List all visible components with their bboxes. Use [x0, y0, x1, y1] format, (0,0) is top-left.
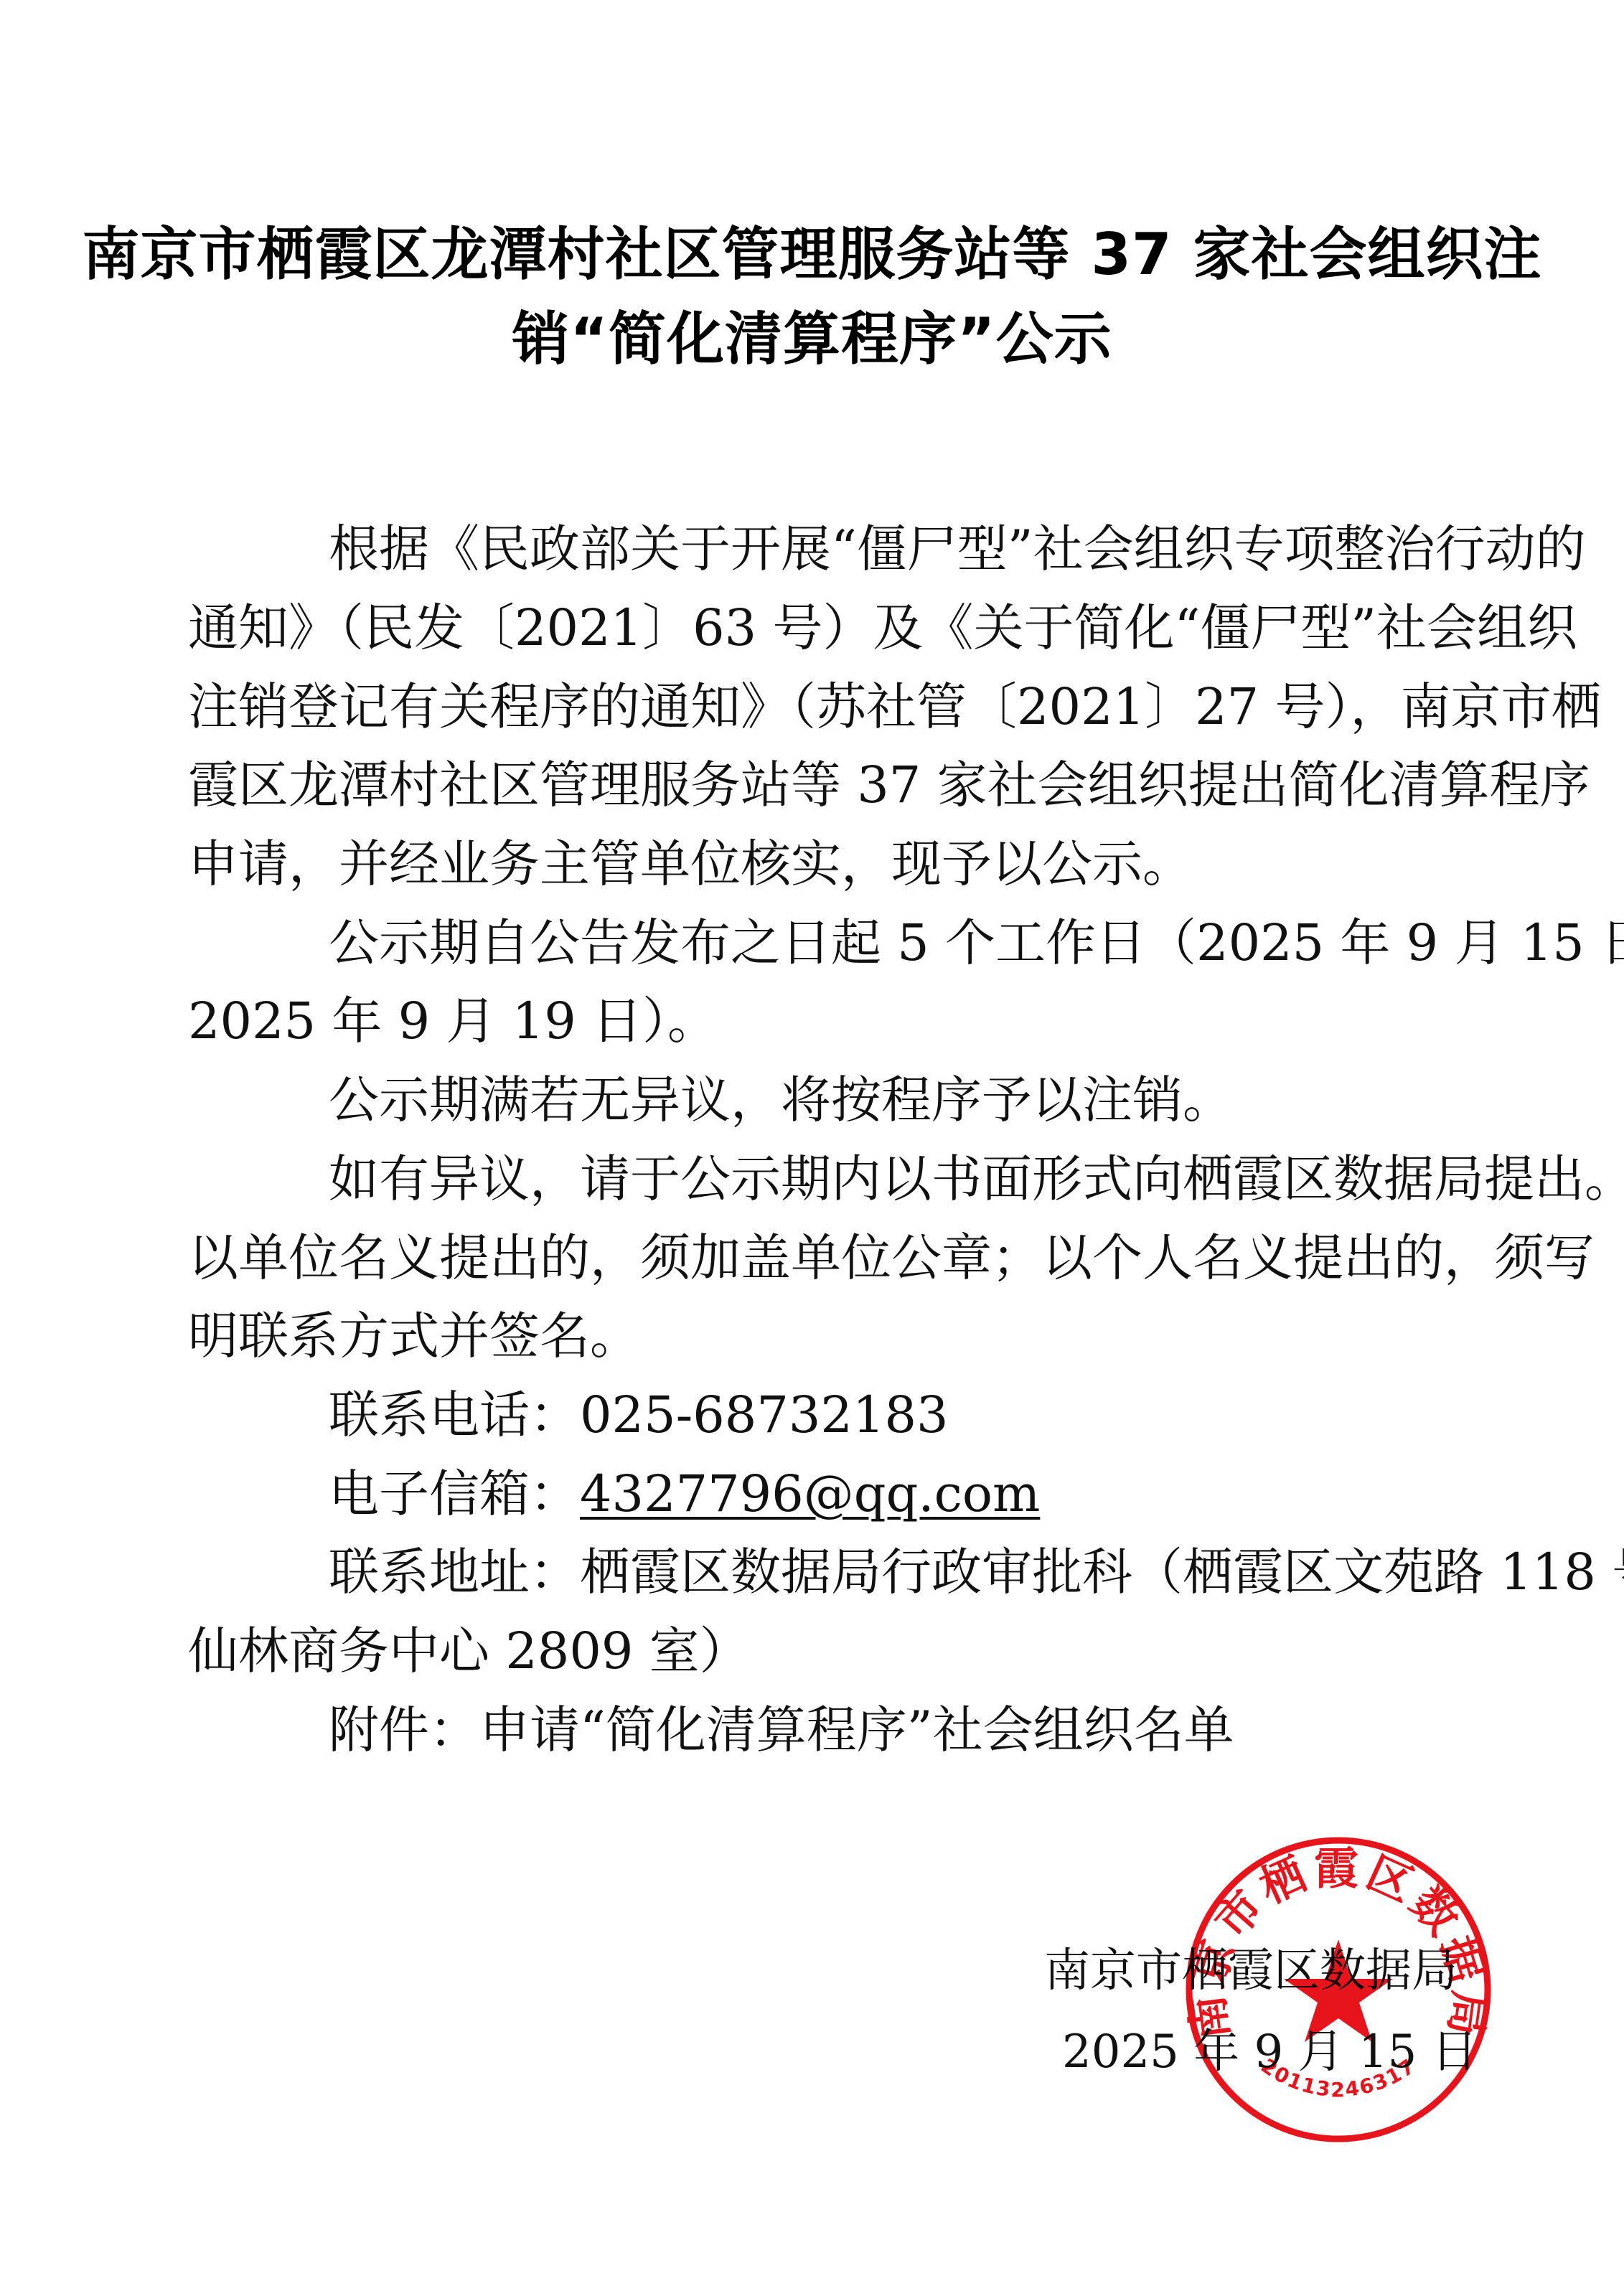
attachment-line: 附件：申请“简化清算程序”社会组织名单: [188, 1695, 1234, 1764]
paragraph-1-line-4: 霞区龙潭村社区管理服务站等 37 家社会组织提出简化清算程序: [188, 751, 1451, 819]
phone-label: 联系电话：: [329, 1385, 580, 1444]
official-seal-icon: 南京市栖霞区数据局 3201132463171: [1181, 1832, 1496, 2147]
phone-number: 025-68732183: [580, 1385, 949, 1444]
paragraph-3: 公示期满若无异议，将按程序予以注销。: [188, 1065, 1233, 1134]
paragraph-4-line-3: 明联系方式并签名。: [188, 1302, 640, 1370]
email-label: 电子信箱：: [329, 1464, 580, 1523]
paragraph-4-line-2: 以单位名义提出的，须加盖单位公章；以个人名义提出的，须写: [188, 1223, 1451, 1292]
contact-address-line-2: 仙林商务中心 2809 室）: [188, 1617, 750, 1685]
paragraph-1-line-3: 注销登记有关程序的通知》（苏社管〔2021〕27 号），南京市栖: [188, 672, 1451, 741]
contact-phone: 联系电话：025-68732183: [188, 1380, 949, 1449]
document-title-line-1: 南京市栖霞区龙潭村社区管理服务站等 37 家社会组织注: [0, 208, 1624, 291]
paragraph-2-line-1: 公示期自公告发布之日起 5 个工作日（2025 年 9 月 15 日至: [188, 908, 1451, 977]
document-title-line-2: 销“简化清算程序”公示: [0, 293, 1624, 375]
address-label: 联系地址：: [329, 1543, 580, 1601]
email-link[interactable]: 4327796@qq.com: [580, 1464, 1040, 1523]
contact-address-line-1: 联系地址：栖霞区数据局行政审批科（栖霞区文苑路 118 号: [188, 1538, 1451, 1606]
paragraph-1-line-1: 根据《民政部关于开展“僵尸型”社会组织专项整治行动的: [188, 514, 1451, 583]
address-text: 栖霞区数据局行政审批科（栖霞区文苑路 118 号: [580, 1543, 1624, 1601]
paragraph-1-line-5: 申请，并经业务主管单位核实，现予以公示。: [188, 829, 1193, 898]
paragraph-2-line-2: 2025 年 9 月 19 日）。: [188, 987, 718, 1055]
contact-email: 电子信箱：4327796@qq.com: [188, 1459, 1040, 1528]
document-page: 南京市栖霞区龙潭村社区管理服务站等 37 家社会组织注 销“简化清算程序”公示 …: [0, 0, 1624, 2296]
paragraph-1-line-2: 通知》（民发〔2021〕63 号）及《关于简化“僵尸型”社会组织: [188, 593, 1451, 662]
paragraph-4-line-1: 如有异议，请于公示期内以书面形式向栖霞区数据局提出。: [188, 1144, 1451, 1213]
